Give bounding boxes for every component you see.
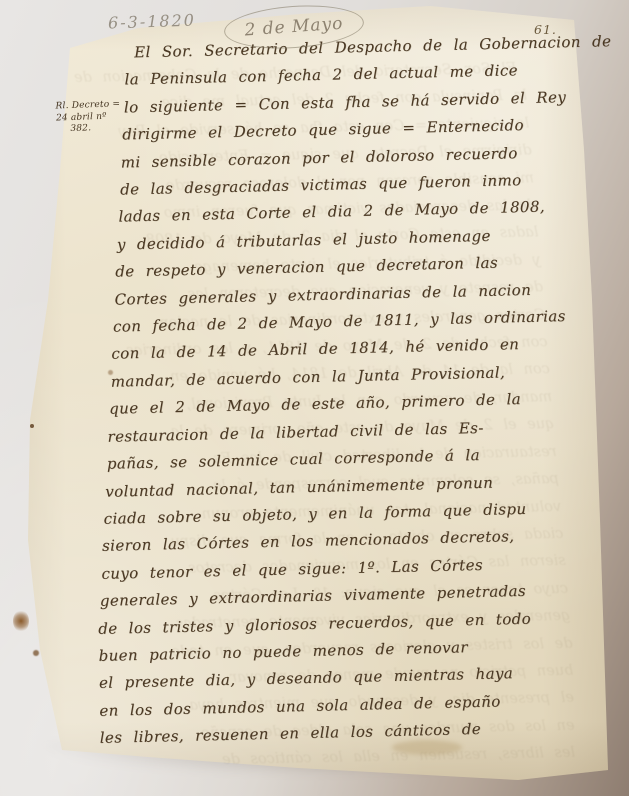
manuscript-text: El Sor. Secretario del Despacho de la Go… bbox=[88, 33, 590, 752]
fox-stain bbox=[33, 650, 39, 656]
photo-background: El Sor. Secretario del Despacho de la Go… bbox=[0, 0, 629, 796]
margin-note: Rl. Decreto =24 abril nº382. bbox=[55, 99, 142, 136]
pencil-date-annotation: 6-3-1820 bbox=[108, 10, 197, 32]
folio-number: 61. bbox=[534, 22, 557, 37]
circled-title-text: 2 de Mayo bbox=[244, 14, 344, 41]
fox-stain bbox=[13, 610, 29, 632]
